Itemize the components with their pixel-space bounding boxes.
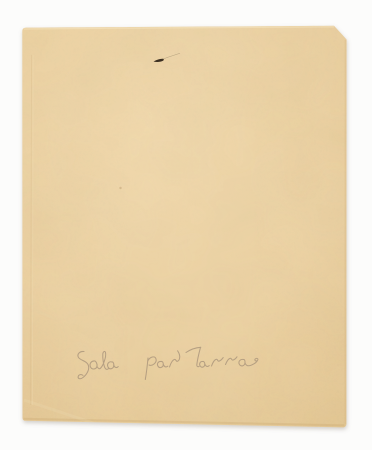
paper-blemish <box>119 187 121 189</box>
artwork-canvas <box>0 0 372 450</box>
paper-texture <box>20 24 350 430</box>
artwork-photo: Solo per terra <box>0 0 372 450</box>
